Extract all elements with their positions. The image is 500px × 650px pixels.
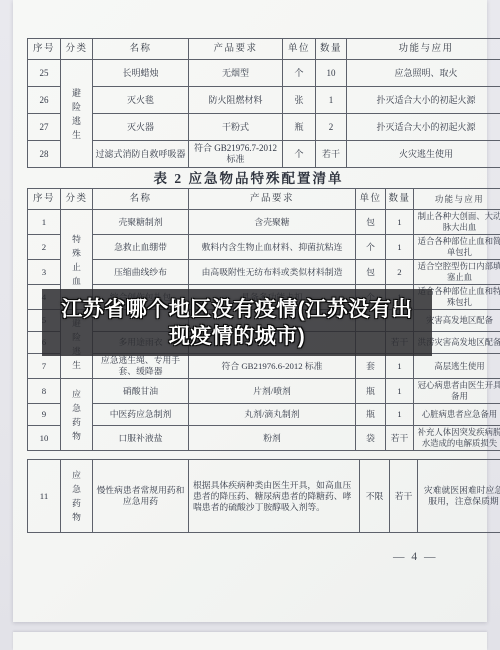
cell-name: 压缩曲线纱布 [93, 260, 189, 285]
cell-function: 制止各种大创面、大动脉大出血 [414, 210, 500, 235]
cell-name: 口服补液盐 [93, 426, 189, 451]
category-char: 物 [72, 431, 81, 441]
cell-quantity: 1 [386, 404, 414, 426]
cell-name: 灭火毯 [93, 87, 189, 114]
column-header-4: 产品要求 [189, 189, 356, 210]
column-header-7: 功能与应用 [347, 39, 500, 60]
cell-unit: 不限 [360, 460, 390, 533]
cell-quantity: 1 [316, 87, 347, 114]
category-char: 险 [72, 102, 81, 112]
cell-name: 过滤式消防自救呼吸器 [93, 141, 189, 168]
cell-quantity: 1 [386, 354, 414, 379]
cell-unit: 袋 [356, 426, 386, 451]
category-char: 生 [72, 360, 81, 370]
cell-index: 28 [28, 141, 61, 168]
special-items-table-row11-grid: 11应急药物慢性病患者常规用药和应急用药根据具体疾病种类由医生开具，如高血压患者… [27, 459, 500, 533]
cell-requirement: 由高吸附性无纺布料或类似材料制造 [189, 260, 356, 285]
cell-index: 2 [28, 235, 61, 260]
cell-name: 慢性病患者常规用药和应急用药 [93, 460, 189, 533]
cell-category: 应急药物 [61, 460, 93, 533]
cell-quantity: 10 [316, 60, 347, 87]
header-row: 序号分类名称产品要求单位数量功能与应用 [28, 189, 500, 210]
cell-index: 1 [28, 210, 61, 235]
special-items-table-row11: 11应急药物慢性病患者常规用药和应急用药根据具体疾病种类由医生开具，如高血压患者… [27, 459, 500, 533]
column-header-1: 序号 [28, 189, 61, 210]
cell-function: 火灾逃生使用 [347, 141, 500, 168]
cell-function: 扑灭适合大小的初起火源 [347, 87, 500, 114]
category-char: 特 [72, 234, 81, 244]
category-char: 急 [72, 484, 81, 494]
cell-unit: 包 [356, 210, 386, 235]
cell-name: 中医药应急制剂 [93, 404, 189, 426]
cell-index: 7 [28, 354, 61, 379]
page-number: — 4 — [393, 551, 438, 563]
next-page-edge [13, 632, 487, 650]
cell-requirement: 符合 GB21976.7-2012 标准 [189, 141, 283, 168]
category-char: 药 [72, 417, 81, 427]
category-char: 殊 [72, 248, 81, 258]
cell-unit: 瓶 [283, 114, 316, 141]
cell-name: 应急逃生绳、专用手套、缓降器 [93, 354, 189, 379]
watermark-text-line2: 现疫情的城市) [42, 323, 432, 350]
cell-index: 9 [28, 404, 61, 426]
table-row: 2急救止血绷带敷料内含生物止血材料、抑菌抗粘连个1适合各种部位止血和简单包扎 [28, 235, 500, 260]
cell-unit: 个 [283, 141, 316, 168]
category-char: 避 [72, 88, 81, 98]
table-row: 9中医药应急制剂丸剂/滴丸制剂瓶1心脏病患者应急备用 [28, 404, 500, 426]
column-header-1: 序号 [28, 39, 61, 60]
table-row: 25避险逃生长明蜡烛无烟型个10应急照明、取火 [28, 60, 500, 87]
emergency-items-table-continued-grid: 序号分类名称产品要求单位数量功能与应用25避险逃生长明蜡烛无烟型个10应急照明、… [27, 38, 500, 168]
cell-requirement: 含壳聚糖 [189, 210, 356, 235]
cell-unit: 瓶 [356, 404, 386, 426]
column-header-2: 分类 [61, 39, 93, 60]
category-char: 药 [72, 498, 81, 508]
cell-quantity: 1 [386, 210, 414, 235]
cell-unit: 瓶 [356, 379, 386, 404]
cell-name: 长明蜡烛 [93, 60, 189, 87]
cell-function: 应急照明、取火 [347, 60, 500, 87]
column-header-2: 分类 [61, 189, 93, 210]
cell-category: 应急药物 [61, 379, 93, 451]
cell-function: 心脏病患者应急备用 [414, 404, 500, 426]
cell-name: 灭火器 [93, 114, 189, 141]
table-row: 10口服补液盐粉剂袋若干补充人体因突发疾病脱水造成的电解质损失 [28, 426, 500, 451]
cell-quantity: 若干 [386, 426, 414, 451]
cell-unit: 包 [356, 260, 386, 285]
cell-function: 适合空腔型伤口内部填塞止血 [414, 260, 500, 285]
watermark-text-line1: 江苏省哪个地区没有疫情(江苏没有出 [42, 296, 432, 323]
cell-index: 27 [28, 114, 61, 141]
category-char: 生 [72, 130, 81, 140]
cell-quantity: 2 [386, 260, 414, 285]
cell-function: 扑灭适合大小的初起火源 [347, 114, 500, 141]
category-char: 应 [72, 470, 81, 480]
table-row: 8应急药物硝酸甘油片剂/喷剂瓶1冠心病患者由医生开具备用 [28, 379, 500, 404]
cell-unit: 个 [356, 235, 386, 260]
table-row: 1特殊止血壳聚糖制剂含壳聚糖包1制止各种大创面、大动脉大出血 [28, 210, 500, 235]
column-header-6: 数量 [386, 189, 414, 210]
cell-category: 避险逃生 [61, 60, 93, 168]
scanned-document-page: { "document": { "table2_title": "表 2 应急物… [0, 0, 500, 650]
cell-name: 硝酸甘油 [93, 379, 189, 404]
cell-index: 25 [28, 60, 61, 87]
cell-requirement: 防火阻燃材料 [189, 87, 283, 114]
cell-unit: 张 [283, 87, 316, 114]
category-char: 物 [72, 512, 81, 522]
table-row: 11应急药物慢性病患者常规用药和应急用药根据具体疾病种类由医生开具，如高血压患者… [28, 460, 500, 533]
cell-quantity: 1 [386, 235, 414, 260]
cell-index: 8 [28, 379, 61, 404]
cell-requirement: 粉剂 [189, 426, 356, 451]
table-row: 7应急逃生绳、专用手套、缓降器符合 GB21976.6-2012 标准套1高层逃… [28, 354, 500, 379]
cell-index: 10 [28, 426, 61, 451]
cell-quantity: 2 [316, 114, 347, 141]
cell-requirement: 根据具体疾病种类由医生开具，如高血压患者的降压药、糖尿病患者的降糖药、哮喘患者的… [189, 460, 360, 533]
table-row: 26灭火毯防火阻燃材料张1扑灭适合大小的初起火源 [28, 87, 500, 114]
cell-requirement: 符合 GB21976.6-2012 标准 [189, 354, 356, 379]
cell-unit: 套 [356, 354, 386, 379]
cell-index: 11 [28, 460, 61, 533]
table-row: 28过滤式消防自救呼吸器符合 GB21976.7-2012 标准个若干火灾逃生使… [28, 141, 500, 168]
cell-requirement: 片剂/喷剂 [189, 379, 356, 404]
column-header-5: 单位 [283, 39, 316, 60]
cell-unit: 个 [283, 60, 316, 87]
emergency-items-table-continued: 序号分类名称产品要求单位数量功能与应用25避险逃生长明蜡烛无烟型个10应急照明、… [27, 38, 500, 168]
cell-name: 壳聚糖制剂 [93, 210, 189, 235]
column-header-3: 名称 [93, 189, 189, 210]
column-header-4: 产品要求 [189, 39, 283, 60]
cell-quantity: 若干 [390, 460, 418, 533]
cell-function: 适合各种部位止血和简单包扎 [414, 235, 500, 260]
column-header-3: 名称 [93, 39, 189, 60]
cell-quantity: 1 [386, 379, 414, 404]
cell-requirement: 干粉式 [189, 114, 283, 141]
category-char: 止 [72, 262, 81, 272]
cell-function: 高层逃生使用 [414, 354, 500, 379]
category-char: 逃 [72, 116, 81, 126]
cell-requirement: 丸剂/滴丸制剂 [189, 404, 356, 426]
category-char: 血 [72, 276, 81, 286]
cell-function: 冠心病患者由医生开具备用 [414, 379, 500, 404]
table-row: 3压缩曲线纱布由高吸附性无纺布料或类似材料制造包2适合空腔型伤口内部填塞止血 [28, 260, 500, 285]
header-row: 序号分类名称产品要求单位数量功能与应用 [28, 39, 500, 60]
table2-title: 表 2 应急物品特殊配置清单 [27, 167, 470, 187]
column-header-5: 单位 [356, 189, 386, 210]
cell-index: 3 [28, 260, 61, 285]
category-char: 急 [72, 403, 81, 413]
column-header-7: 功能与应用 [414, 189, 500, 210]
cell-function: 灾难就医困难时应急服用，注意保质期 [418, 460, 500, 533]
category-char: 应 [72, 389, 81, 399]
cell-function: 补充人体因突发疾病脱水造成的电解质损失 [414, 426, 500, 451]
cell-requirement: 无烟型 [189, 60, 283, 87]
watermark-overlay: 江苏省哪个地区没有疫情(江苏没有出 现疫情的城市) [42, 289, 432, 356]
cell-index: 26 [28, 87, 61, 114]
cell-quantity: 若干 [316, 141, 347, 168]
column-header-6: 数量 [316, 39, 347, 60]
table-row: 27灭火器干粉式瓶2扑灭适合大小的初起火源 [28, 114, 500, 141]
cell-requirement: 敷料内含生物止血材料、抑菌抗粘连 [189, 235, 356, 260]
cell-name: 急救止血绷带 [93, 235, 189, 260]
